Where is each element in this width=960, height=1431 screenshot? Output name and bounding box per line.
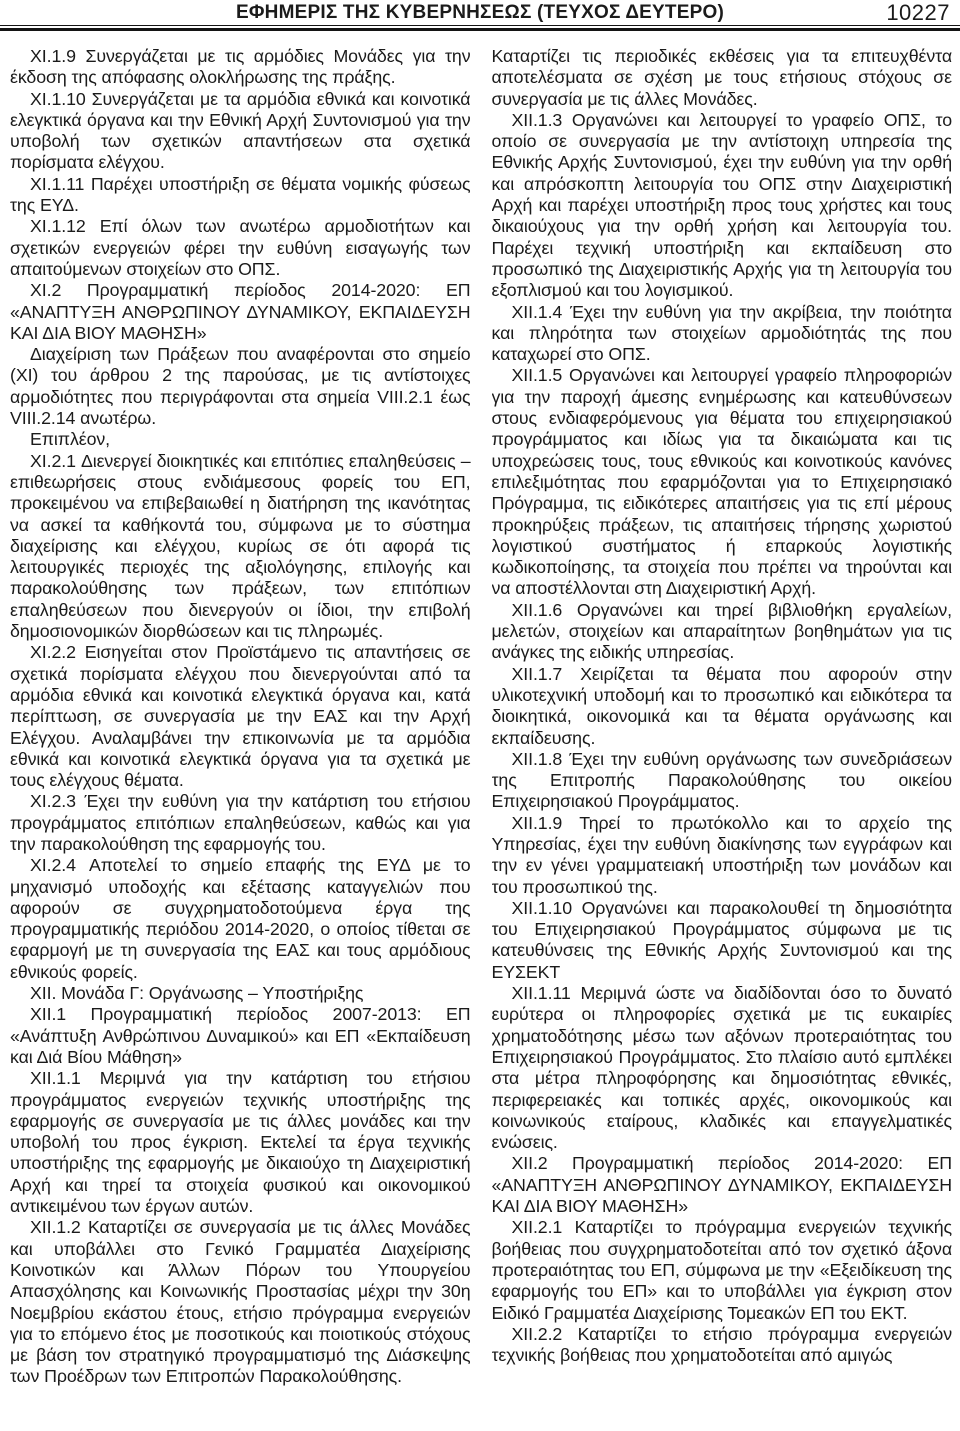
paragraph: XII.1.10 Οργανώνει και παρακολουθεί τη δ… <box>492 898 953 983</box>
text-column-right: Καταρτίζει τις περιοδικές εκθέσεις για τ… <box>492 46 953 1427</box>
paragraph: XI.2.1 Διενεργεί διοικητικές και επιτόπι… <box>10 451 471 643</box>
paragraph: XII.2.1 Καταρτίζει το πρόγραμμα ενεργειώ… <box>492 1217 953 1323</box>
paragraph: Καταρτίζει τις περιοδικές εκθέσεις για τ… <box>492 46 953 110</box>
paragraph: XII.1.1 Μεριμνά για την κατάρτιση του ετ… <box>10 1068 471 1217</box>
paragraph: XII.1.11 Μεριμνά ώστε να διαδίδονται όσο… <box>492 983 953 1153</box>
paragraph: XII.2 Προγραμματική περίοδος 2014-2020: … <box>492 1153 953 1217</box>
header-rule <box>0 25 960 31</box>
paragraph: XII.1.3 Οργανώνει και λειτουργεί το γραφ… <box>492 110 953 302</box>
document-body: XI.1.9 Συνεργάζεται με τις αρμόδιες Μονά… <box>10 46 952 1427</box>
paragraph: XII.1.4 Έχει την ευθύνη για την ακρίβεια… <box>492 302 953 366</box>
paragraph: XII.1 Προγραμματική περίοδος 2007-2013: … <box>10 1004 471 1068</box>
paragraph: Επιπλέον, <box>10 429 471 450</box>
paragraph: XII.1.8 Έχει την ευθύνη οργάνωσης των συ… <box>492 749 953 813</box>
paragraph: XI.2.2 Εισηγείται στον Προϊστάμενο τις α… <box>10 642 471 791</box>
paragraph: Διαχείριση των Πράξεων που αναφέρονται σ… <box>10 344 471 429</box>
paragraph: XI.1.11 Παρέχει υποστήριξη σε θέματα νομ… <box>10 174 471 217</box>
paragraph: XI.1.9 Συνεργάζεται με τις αρμόδιες Μονά… <box>10 46 471 89</box>
paragraph: XII.2.2 Καταρτίζει το ετήσιο πρόγραμμα ε… <box>492 1324 953 1367</box>
paragraph: XI.1.10 Συνεργάζεται με τα αρμόδια εθνικ… <box>10 89 471 174</box>
paragraph: XII.1.5 Οργανώνει και λειτουργεί γραφείο… <box>492 365 953 599</box>
page: ΕΦΗΜΕΡΙΣ ΤΗΣ ΚΥΒΕΡΝΗΣΕΩΣ (ΤΕΥΧΟΣ ΔΕΥΤΕΡΟ… <box>0 0 960 1431</box>
paragraph: XII.1.9 Τηρεί το πρωτόκολλο και το αρχεί… <box>492 813 953 898</box>
page-number: 10227 <box>886 0 950 26</box>
page-header-title: ΕΦΗΜΕΡΙΣ ΤΗΣ ΚΥΒΕΡΝΗΣΕΩΣ (ΤΕΥΧΟΣ ΔΕΥΤΕΡΟ… <box>10 0 950 24</box>
paragraph: XII. Μονάδα Γ: Οργάνωσης – Υποστήριξης <box>10 983 471 1004</box>
paragraph: XII.1.2 Καταρτίζει σε συνεργασία με τις … <box>10 1217 471 1387</box>
paragraph: XII.1.7 Χειρίζεται τα θέματα που αφορούν… <box>492 664 953 749</box>
text-column-left: XI.1.9 Συνεργάζεται με τις αρμόδιες Μονά… <box>10 46 471 1427</box>
paragraph: XI.2 Προγραμματική περίοδος 2014-2020: Ε… <box>10 280 471 344</box>
paragraph: XI.2.3 Έχει την ευθύνη για την κατάρτιση… <box>10 791 471 855</box>
paragraph: XI.1.12 Επί όλων των ανωτέρω αρμοδιοτήτω… <box>10 216 471 280</box>
paragraph: XII.1.6 Οργανώνει και τηρεί βιβλιοθήκη ε… <box>492 600 953 664</box>
paragraph: XI.2.4 Αποτελεί το σημείο επαφής της ΕΥΔ… <box>10 855 471 983</box>
page-header: ΕΦΗΜΕΡΙΣ ΤΗΣ ΚΥΒΕΡΝΗΣΕΩΣ (ΤΕΥΧΟΣ ΔΕΥΤΕΡΟ… <box>10 0 950 25</box>
